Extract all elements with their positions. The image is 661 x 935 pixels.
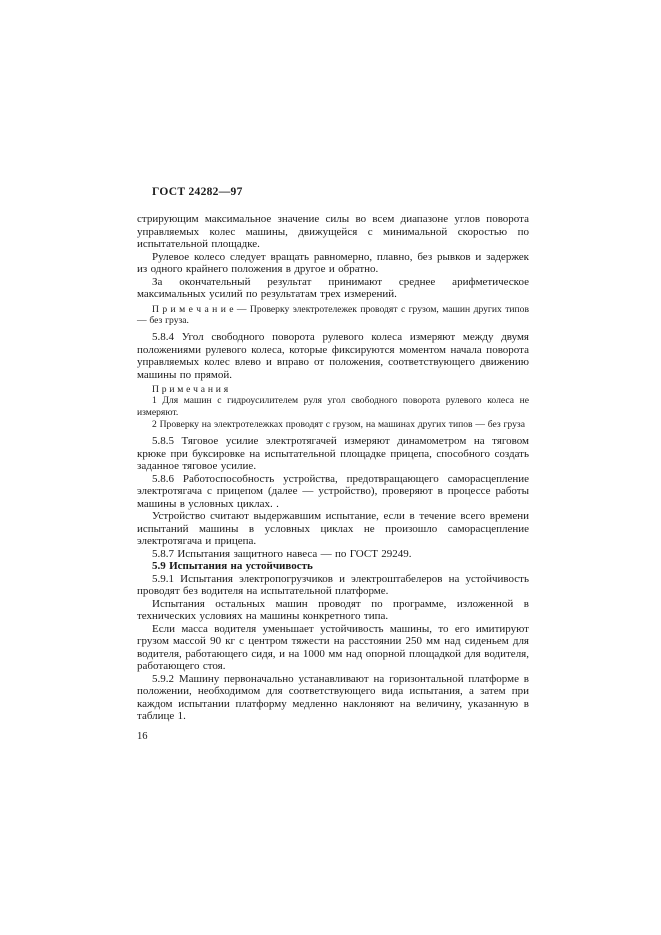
paragraph: 5.8.5 Тяговое усилие электротягачей изме… (137, 435, 529, 473)
note-item: 2 Проверку на электротележках проводят с… (137, 419, 529, 431)
document-body: стрирующим максимальное значение силы во… (137, 213, 529, 723)
paragraph: Испытания остальных машин проводят по пр… (137, 598, 529, 623)
section-title: Испытания на устойчивость (169, 560, 313, 572)
paragraph: 5.9.2 Машину первоначально устанавливают… (137, 673, 529, 723)
paragraph: 5.9.1 Испытания электропогрузчиков и эле… (137, 573, 529, 598)
paragraph: Рулевое колесо следует вращать равномерн… (137, 251, 529, 276)
paragraph: Устройство считают выдержавшим испытание… (137, 510, 529, 548)
notes-block: П р и м е ч а н и я 1 Для машин с гидроу… (137, 384, 529, 431)
page-number: 16 (137, 731, 529, 742)
section-heading: 5.9 Испытания на устойчивость (137, 560, 529, 573)
note-item: 1 Для машин с гидроусилителем руля угол … (137, 395, 529, 419)
note: П р и м е ч а н и е — Проверку электроте… (137, 304, 529, 328)
paragraph: 5.8.4 Угол свободного поворота рулевого … (137, 331, 529, 381)
notes-heading: П р и м е ч а н и я (137, 384, 529, 396)
document-page: ГОСТ 24282—97 стрирующим максимальное зн… (137, 186, 529, 742)
section-number: 5.9 (152, 560, 166, 572)
paragraph: 5.8.6 Работоспособность устройства, пред… (137, 473, 529, 511)
note-label: П р и м е ч а н и е — (152, 304, 247, 315)
paragraph-continuation: стрирующим максимальное значение силы во… (137, 213, 529, 251)
paragraph: Если масса водителя уменьшает устойчивос… (137, 623, 529, 673)
paragraph: 5.8.7 Испытания защитного навеса — по ГО… (137, 548, 529, 561)
paragraph: За окончательный результат принимают сре… (137, 276, 529, 301)
running-header: ГОСТ 24282—97 (137, 186, 529, 198)
